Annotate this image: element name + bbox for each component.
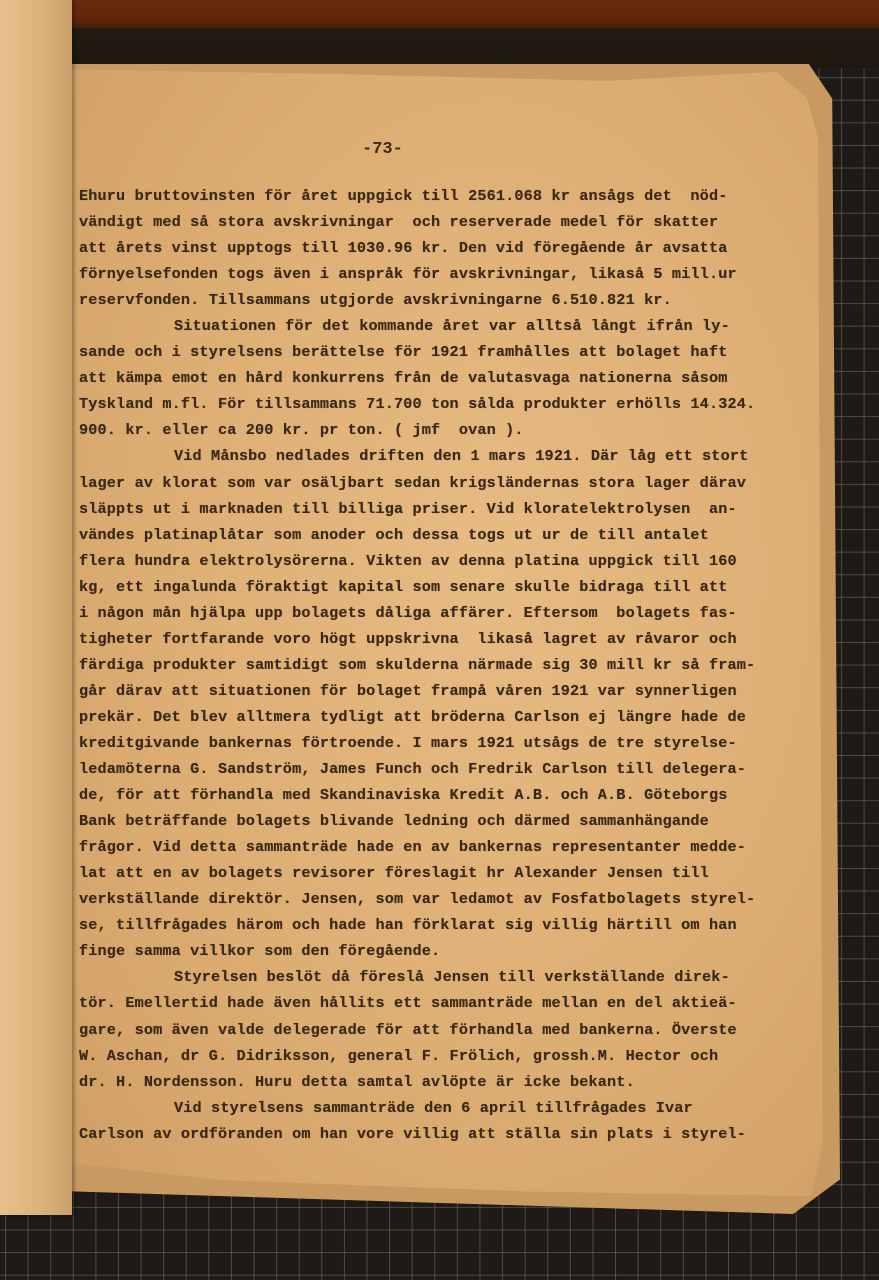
text-line: vändes platinaplåtar som anoder och dess… xyxy=(79,522,819,548)
text-line: Tyskland m.fl. För tillsammans 71.700 to… xyxy=(79,391,819,417)
text-line: att kämpa emot en hård konkurrens från d… xyxy=(79,365,819,391)
text-line: ledamöterna G. Sandström, James Funch oc… xyxy=(79,756,819,782)
text-line: att årets vinst upptogs till 1030.96 kr.… xyxy=(79,235,819,261)
text-line: flera hundra elektrolysörerna. Vikten av… xyxy=(79,548,819,574)
text-line: se, tillfrågades härom och hade han förk… xyxy=(79,912,819,938)
mat-shadow xyxy=(0,28,879,68)
text-line: tigheter fortfarande voro högt uppskrivn… xyxy=(79,626,819,652)
text-line: lat att en av bolagets revisorer föresla… xyxy=(79,860,819,886)
text-line: släppts ut i marknaden till billiga pris… xyxy=(79,496,819,522)
text-line: frågor. Vid detta sammanträde hade en av… xyxy=(79,834,819,860)
text-line: Ehuru bruttovinsten för året uppgick til… xyxy=(79,183,819,209)
text-line: 900. kr. eller ca 200 kr. pr ton. ( jmf … xyxy=(79,417,819,443)
paragraph-start-line: Styrelsen beslöt då föreslå Jensen till … xyxy=(79,964,819,990)
text-line: kg, ett ingalunda föraktigt kapital som … xyxy=(79,574,819,600)
text-line: Bank beträffande bolagets blivande ledni… xyxy=(79,808,819,834)
text-line: färdiga produkter samtidigt som skuldern… xyxy=(79,652,819,678)
text-line: W. Aschan, dr G. Didriksson, general F. … xyxy=(79,1043,819,1069)
text-line: prekär. Det blev alltmera tydligt att br… xyxy=(79,704,819,730)
paragraph-start-line: Vid styrelsens sammanträde den 6 april t… xyxy=(79,1095,819,1121)
text-line: tör. Emellertid hade även hållits ett sa… xyxy=(79,990,819,1016)
text-line: Carlson av ordföranden om han vore villi… xyxy=(79,1121,819,1147)
text-line: finge samma villkor som den föregående. xyxy=(79,938,819,964)
previous-page-edge xyxy=(0,0,72,1215)
text-line: förnyelsefonden togs även i anspråk för … xyxy=(79,261,819,287)
text-line: vändigt med så stora avskrivningar och r… xyxy=(79,209,819,235)
text-line: går därav att situationen för bolaget fr… xyxy=(79,678,819,704)
paragraph-start-line: Vid Månsbo nedlades driften den 1 mars 1… xyxy=(79,443,819,469)
paragraph-start-line: Situationen för det kommande året var al… xyxy=(79,313,819,339)
text-line: lager av klorat som var osäljbart sedan … xyxy=(79,470,819,496)
text-line: i någon mån hjälpa upp bolagets dåliga a… xyxy=(79,600,819,626)
text-line: dr. H. Nordensson. Huru detta samtal avl… xyxy=(79,1069,819,1095)
text-line: reservfonden. Tillsammans utgjorde avskr… xyxy=(79,287,819,313)
text-line: verkställande direktör. Jensen, som var … xyxy=(79,886,819,912)
typewritten-text-body: Ehuru bruttovinsten för året uppgick til… xyxy=(79,183,819,1147)
text-line: gare, som även valde delegerade för att … xyxy=(79,1017,819,1043)
page-number: -73- xyxy=(362,140,403,159)
text-line: sande och i styrelsens berättelse för 19… xyxy=(79,339,819,365)
text-line: de, för att förhandla med Skandinaviska … xyxy=(79,782,819,808)
text-line: kreditgivande bankernas förtroende. I ma… xyxy=(79,730,819,756)
